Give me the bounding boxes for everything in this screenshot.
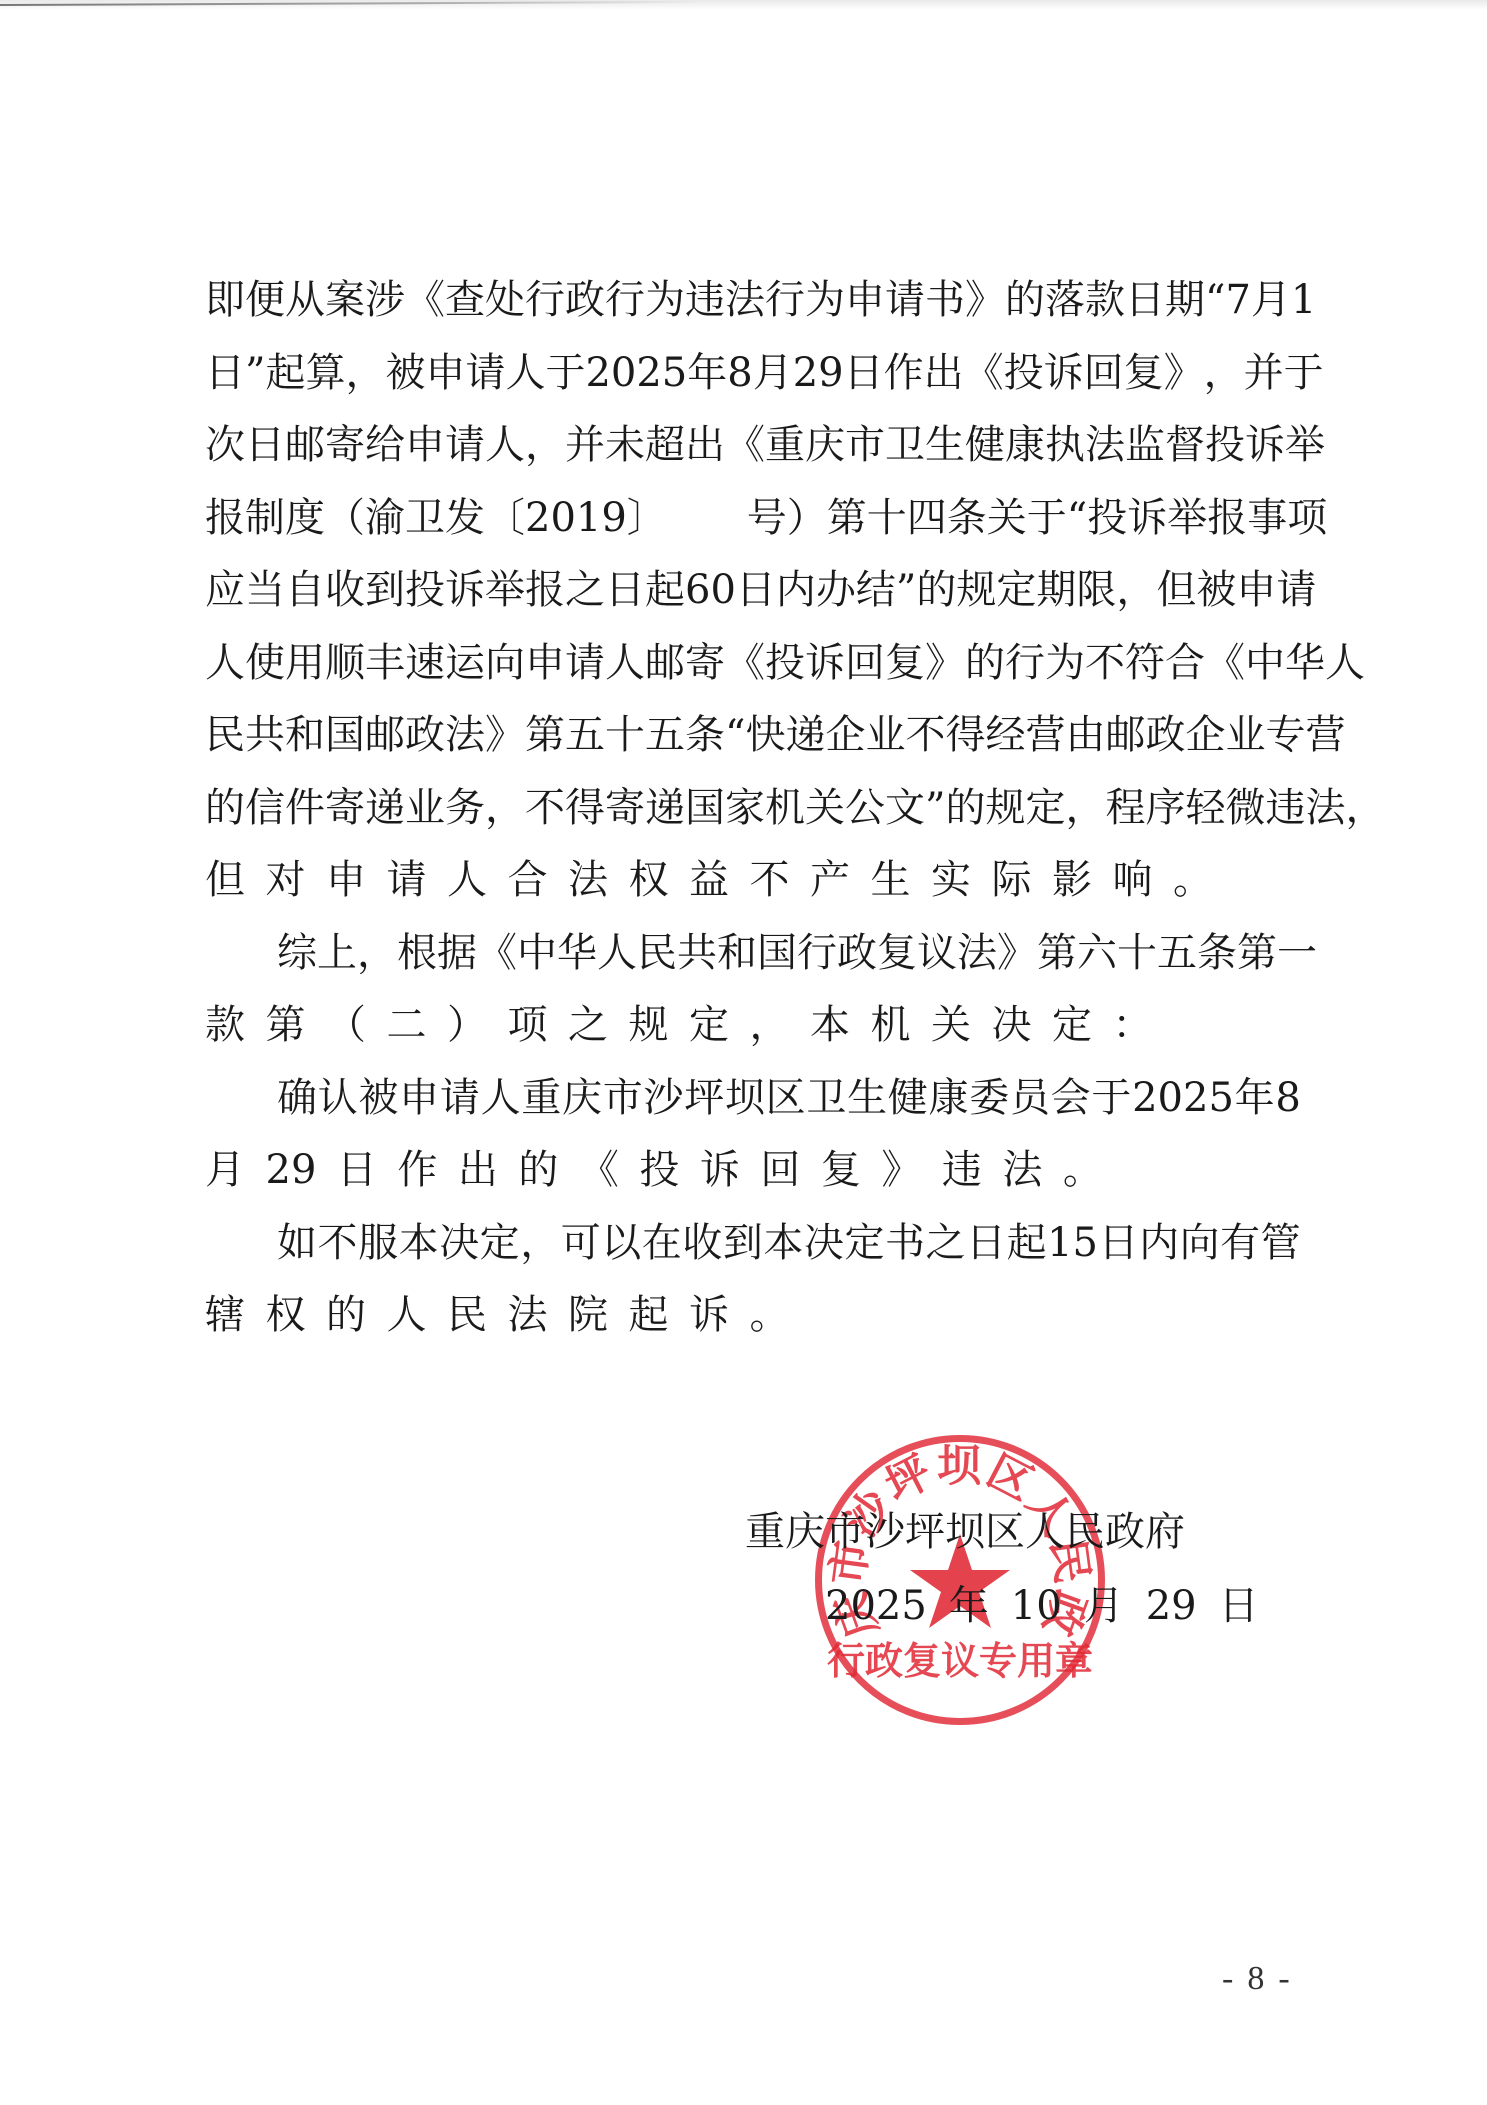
scan-edge-line: [0, 1, 700, 6]
date-day: 29: [1146, 1584, 1197, 1628]
text-line: 民共和国邮政法》第五十五条“快递企业不得经营由邮政企业专营: [205, 713, 1301, 786]
text-line: 如不服本决定，可以在收到本决定书之日起15日内向有管: [205, 1221, 1301, 1294]
text-line: 但对申请人合法权益不产生实际影响。: [205, 858, 1301, 931]
text-line: 确认被申请人重庆市沙坪坝区卫生健康委员会于2025年8: [205, 1076, 1301, 1149]
text-line: 报制度（渝卫发〔2019〕 号）第十四条关于“投诉举报事项: [205, 496, 1301, 569]
text-line: 即便从案涉《查处行政行为违法行为申请书》的落款日期“7月1: [205, 278, 1301, 351]
signing-organization: 重庆市沙坪坝区人民政府: [745, 1510, 1177, 1584]
page-number-suffix: -: [1278, 1960, 1303, 1997]
text-line: 次日邮寄给申请人，并未超出《重庆市卫生健康执法监督投诉举: [205, 423, 1301, 496]
signature-block: 重庆市沙坪坝区人民政府 2025 年 10 月 29 日: [745, 1510, 1185, 1584]
signing-date: 2025 年 10 月 29 日: [825, 1584, 1259, 1628]
text-line: 综上，根据《中华人民共和国行政复议法》第六十五条第一: [205, 931, 1301, 1004]
date-day-unit: 日: [1219, 1584, 1259, 1628]
text-line: 月29日作出的《投诉回复》违法。: [205, 1148, 1301, 1221]
text-line: 的信件寄递业务，不得寄递国家机关公文”的规定，程序轻微违法，: [205, 786, 1301, 859]
document-body: 即便从案涉《查处行政行为违法行为申请书》的落款日期“7月1日”起算，被申请人于2…: [205, 278, 1301, 1366]
text-line: 应当自收到投诉举报之日起60日内办结”的规定期限，但被申请: [205, 568, 1301, 641]
scan-top-edge: [0, 0, 1487, 10]
date-month: 10: [1011, 1584, 1062, 1628]
text-line: 日”起算，被申请人于2025年8月29日作出《投诉回复》，并于: [205, 351, 1301, 424]
date-month-unit: 月: [1084, 1584, 1124, 1628]
text-line: 辖权的人民法院起诉。: [205, 1293, 1301, 1366]
seal-inner-text: 行政复议专用章: [827, 1639, 1093, 1683]
page-number: -8-: [1222, 1960, 1304, 1998]
text-line: 人使用顺丰速运向申请人邮寄《投诉回复》的行为不符合《中华人: [205, 641, 1301, 714]
page-number-value: 8: [1247, 1960, 1278, 1997]
text-line: 款第（二）项之规定，本机关决定：: [205, 1003, 1301, 1076]
date-year-unit: 年: [949, 1584, 989, 1628]
date-year: 2025: [825, 1584, 927, 1628]
page-number-prefix: -: [1222, 1960, 1247, 1997]
